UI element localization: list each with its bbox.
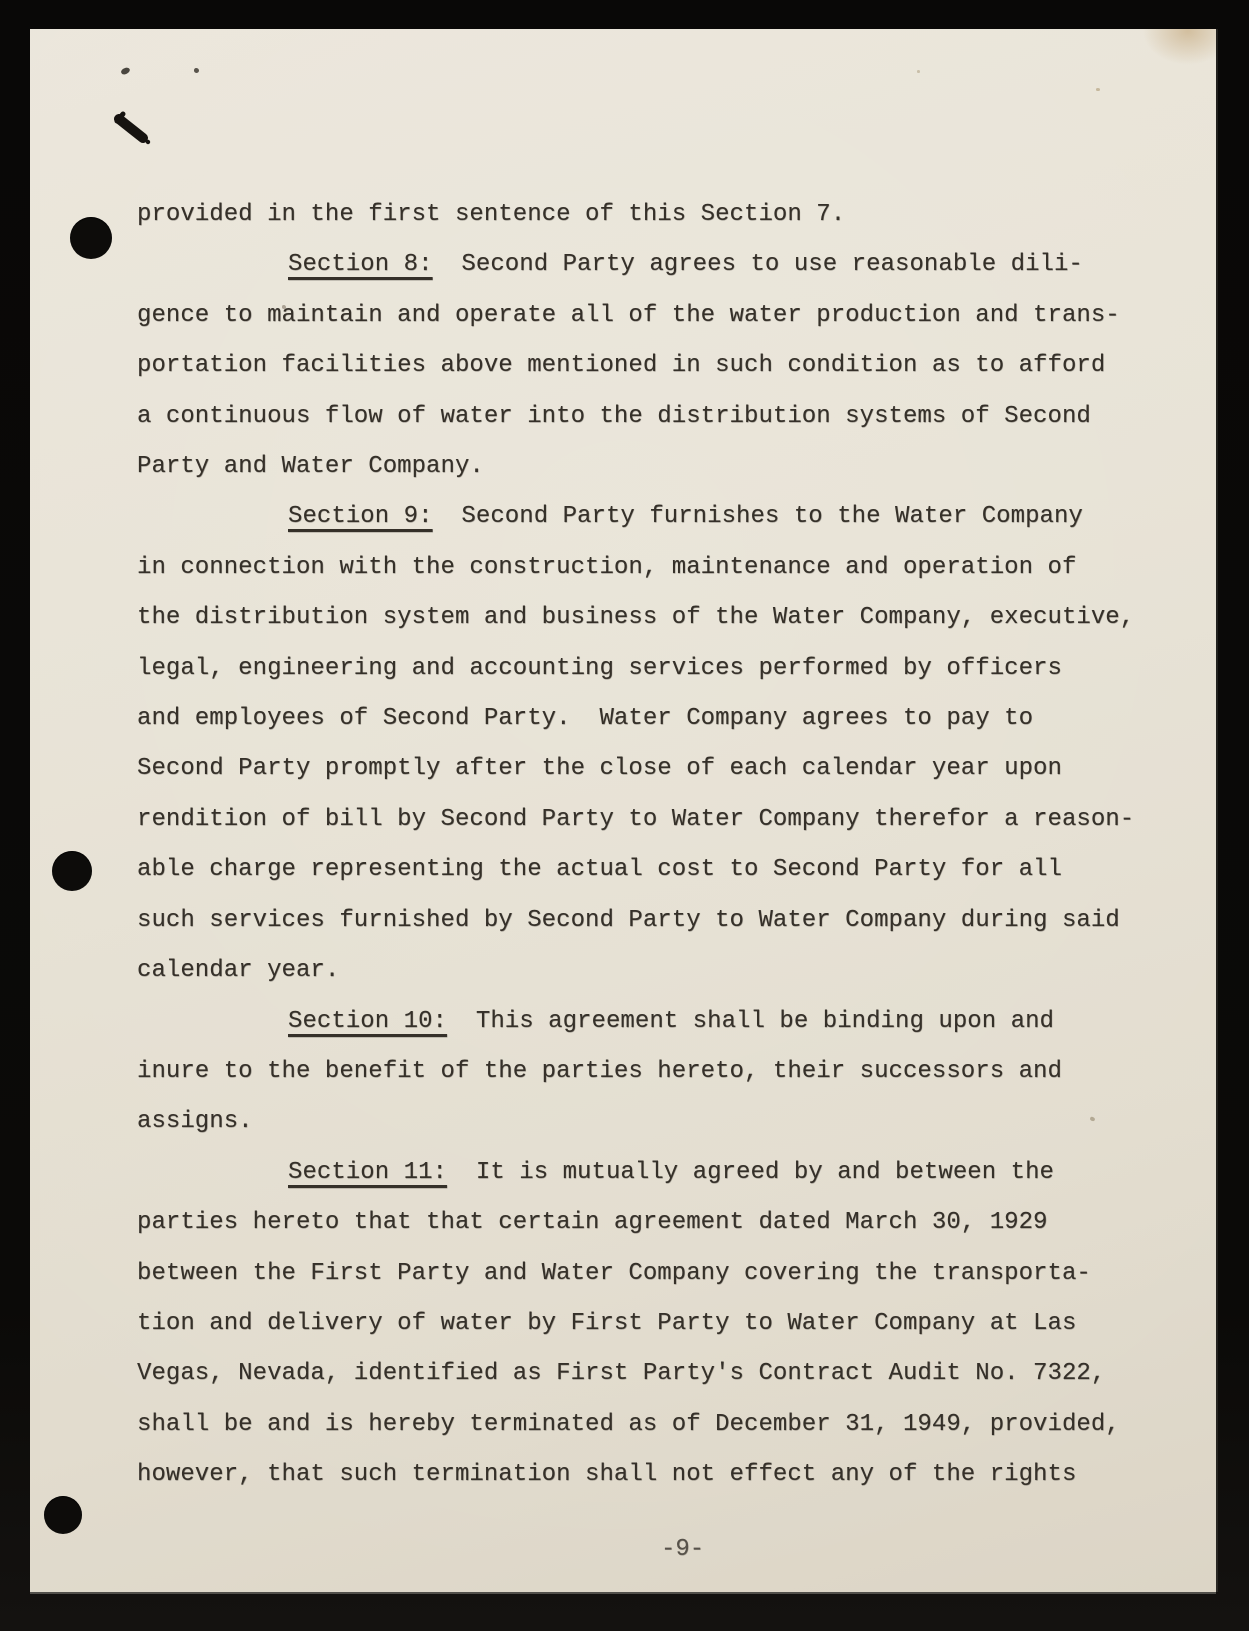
text-line: Second Party promptly after the close of… <box>137 744 1134 794</box>
hole-punch <box>44 1496 82 1534</box>
text-line: in connection with the construction, mai… <box>137 543 1134 593</box>
section-heading-line: Section 8: Second Party agrees to use re… <box>137 240 1134 290</box>
text-line: between the First Party and Water Compan… <box>137 1249 1134 1299</box>
text-line: however, that such termination shall not… <box>137 1450 1134 1500</box>
text-line: tion and delivery of water by First Part… <box>137 1299 1134 1349</box>
document-lines: provided in the first sentence of this S… <box>137 190 1134 1501</box>
hole-punch <box>70 217 112 259</box>
text-line: and employees of Second Party. Water Com… <box>137 694 1134 744</box>
text-line: calendar year. <box>137 946 1134 996</box>
page-number: -9- <box>661 1538 704 1562</box>
text-line: Vegas, Nevada, identified as First Party… <box>137 1349 1134 1399</box>
text-line: provided in the first sentence of this S… <box>137 190 1134 240</box>
text-line: the distribution system and business of … <box>137 593 1134 643</box>
text-line: such services furnished by Second Party … <box>137 896 1134 946</box>
text-line: portation facilities above mentioned in … <box>137 341 1134 391</box>
text-line: shall be and is hereby terminated as of … <box>137 1400 1134 1450</box>
section-heading-line: Section 11: It is mutually agreed by and… <box>137 1148 1134 1198</box>
paper-speck <box>194 68 199 73</box>
section-heading: Section 10: <box>288 1008 447 1035</box>
text-line: inure to the benefit of the parties here… <box>137 1047 1134 1097</box>
scanned-document-page: provided in the first sentence of this S… <box>0 0 1249 1631</box>
section-heading-line: Section 9: Second Party furnishes to the… <box>137 492 1134 542</box>
paper-speck <box>917 70 920 73</box>
text-line: parties hereto that that certain agreeme… <box>137 1198 1134 1248</box>
text-line: rendition of bill by Second Party to Wat… <box>137 795 1134 845</box>
text-line: legal, engineering and accounting servic… <box>137 644 1134 694</box>
text-line: a continuous flow of water into the dist… <box>137 392 1134 442</box>
text-line: gence to maintain and operate all of the… <box>137 291 1134 341</box>
hole-punch <box>52 851 92 891</box>
section-heading: Section 8: <box>288 251 433 278</box>
paper-speck <box>1096 88 1100 91</box>
paper-speck <box>282 305 286 309</box>
section-heading: Section 11: <box>288 1159 447 1186</box>
section-heading-line: Section 10: This agreement shall be bind… <box>137 997 1134 1047</box>
text-line: able charge representing the actual cost… <box>137 845 1134 895</box>
text-line: assigns. <box>137 1097 1134 1147</box>
section-heading: Section 9: <box>288 503 433 530</box>
text-line: Party and Water Company. <box>137 442 1134 492</box>
